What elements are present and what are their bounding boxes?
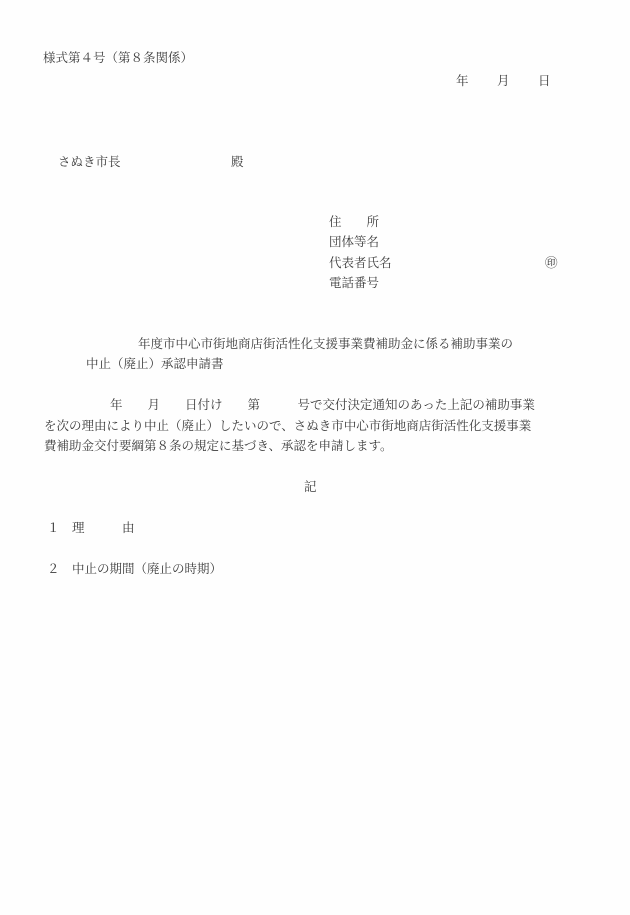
item-2-label: 中止の期間（廃止の時期）	[72, 561, 222, 577]
seal-mark: ㊞	[545, 255, 558, 271]
item-1-label: 理 由	[72, 520, 135, 536]
representative-label: 代表者氏名	[329, 255, 392, 271]
body-line-3: 費補助金交付要綱第８条の規定に基づき、承認を申請します。	[44, 438, 393, 454]
title-line-2: 中止（廃止）承認申請書	[86, 356, 224, 372]
date-year: 年	[456, 73, 469, 89]
org-name-label: 団体等名	[329, 234, 379, 250]
addressee-name: さぬき市長	[58, 154, 121, 170]
date-day: 日	[538, 73, 551, 89]
item-2-number: ２	[47, 561, 60, 577]
body-line-2: を次の理由により中止（廃止）したいので、さぬき市中心市街地商店街活性化支援事業	[44, 418, 531, 434]
phone-label: 電話番号	[329, 275, 379, 291]
body-line-1: 年 月 日付け 第 号で交付決定通知のあった上記の補助事業	[110, 397, 535, 413]
address-label: 住 所	[329, 214, 379, 230]
ki-heading: 記	[304, 479, 317, 495]
title-line-1: 年度市中心市街地商店街活性化支援事業費補助金に係る補助事業の	[138, 336, 513, 352]
date-month: 月	[497, 73, 510, 89]
form-label: 様式第４号（第８条関係）	[43, 50, 193, 66]
item-1-number: １	[47, 520, 60, 536]
addressee-honorific: 殿	[231, 154, 244, 170]
